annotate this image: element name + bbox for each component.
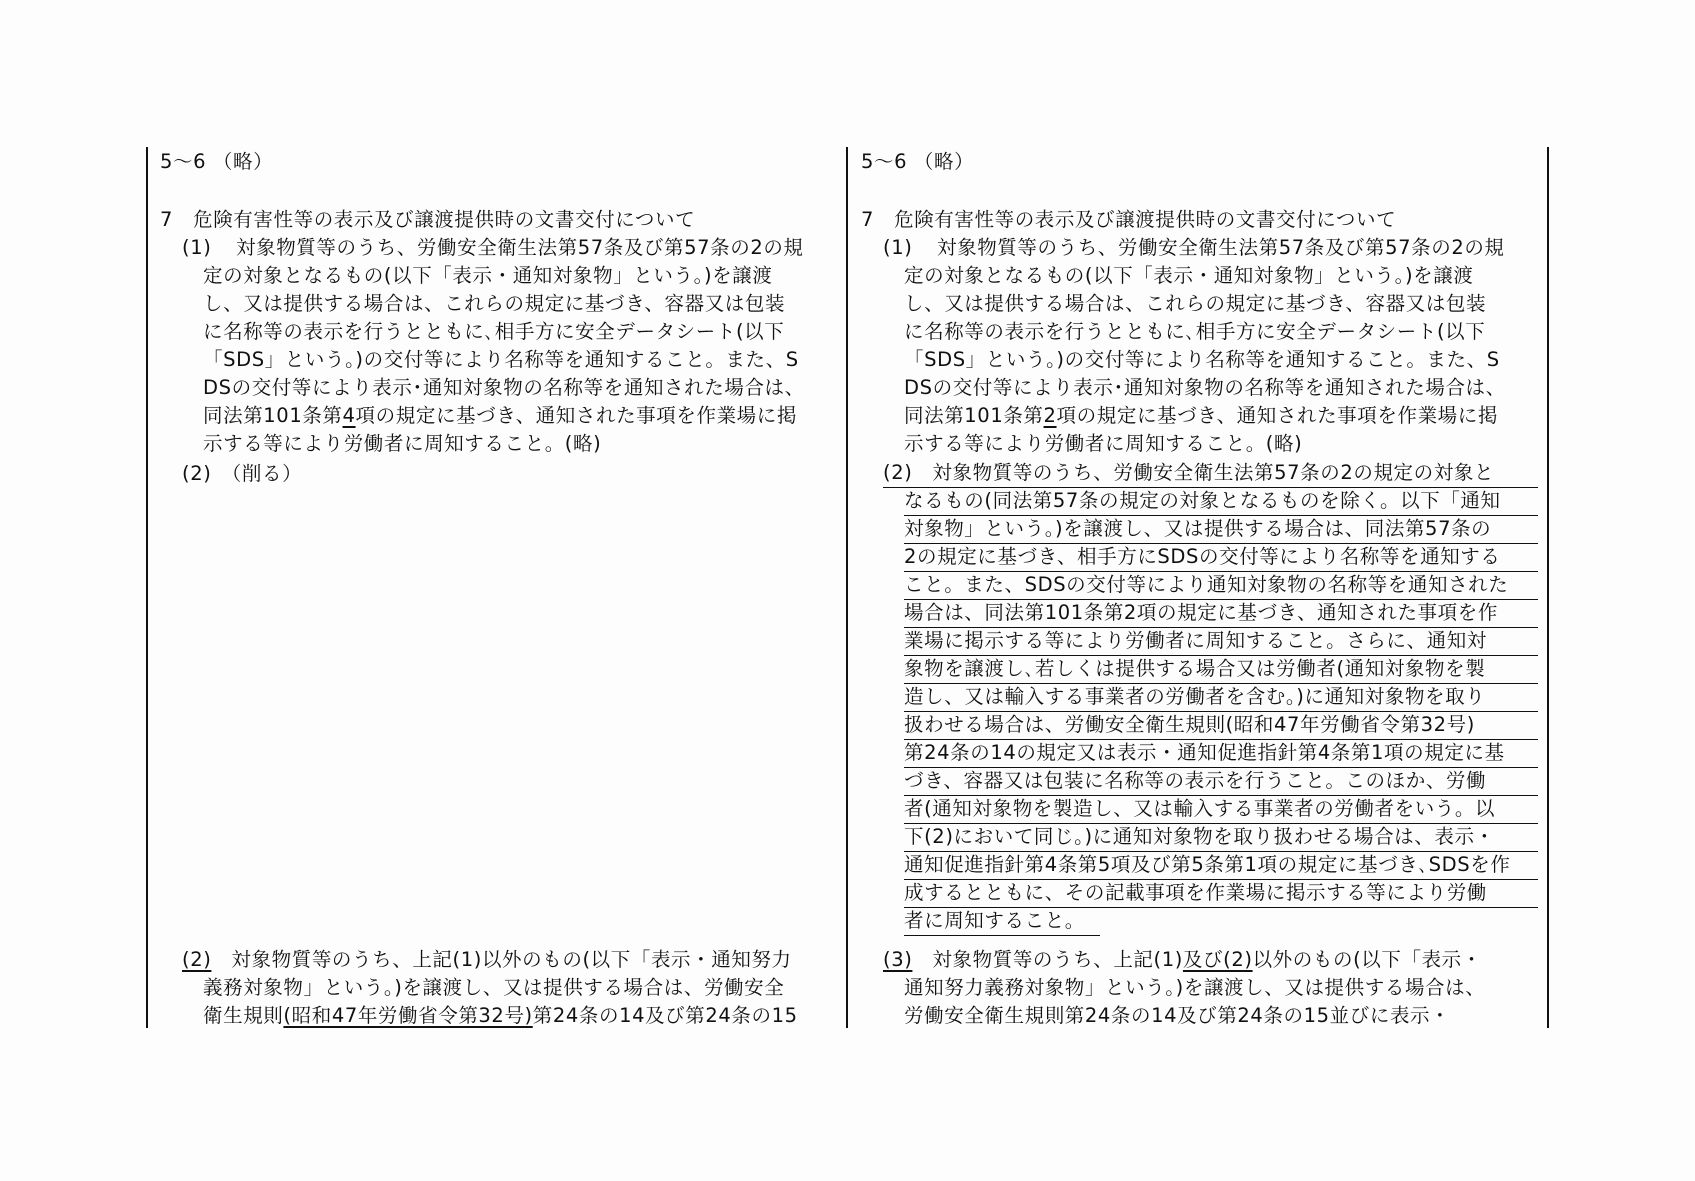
right-item1-line1: 対象物質等のうち、労働安全衛生法第57条及び第57条の2の規 xyxy=(937,234,1505,262)
text: 以外のもの(以下「表示・ xyxy=(1253,948,1482,971)
amended-text: 4 xyxy=(343,404,356,427)
text: 対象物質等のうち、労働安全衛生法第57条の2の規定の対象と xyxy=(932,461,1494,484)
text: 項の規定に基づき、通知された事項を作業場に掲 xyxy=(1057,404,1498,427)
text: 衛生規則 xyxy=(203,1004,283,1027)
left-item2-line2: 義務対象物」という。)を譲渡し、又は提供する場合は、労働安全 xyxy=(203,974,784,1002)
text: 対象物質等のうち、上記(1) xyxy=(932,948,1183,971)
right-item2-line: 象物を譲渡し､若しくは提供する場合又は労働者(通知対象物を製 xyxy=(904,655,1538,684)
left-item1-line1: 対象物質等のうち、労働安全衛生法第57条及び第57条の2の規 xyxy=(236,234,804,262)
left-item2-line3: 衛生規則(昭和47年労働省令第32号)第24条の14及び第24条の15 xyxy=(203,1002,798,1030)
right-item3-line2: 通知努力義務対象物」という。)を譲渡し、又は提供する場合は、 xyxy=(904,974,1485,1002)
item-label: (2) xyxy=(883,461,912,484)
right-item2-line: 扱わせる場合は、労働安全衛生規則(昭和47年労働省令第32号) xyxy=(904,711,1538,740)
right-item2-line: こと。また、SDSの交付等により通知対象物の名称等を通知された xyxy=(904,571,1538,600)
left-item1-line6: DSの交付等により表示･通知対象物の名称等を通知された場合は、 xyxy=(203,374,805,402)
left-item1-line2: 定の対象となるもの(以下「表示・通知対象物」という。)を譲渡 xyxy=(203,262,772,290)
left-item1-line5: 「SDS」という。)の交付等により名称等を通知すること。また、S xyxy=(203,346,799,374)
right-item2-line: 成するとともに、その記載事項を作業場に掲示する等により労働 xyxy=(904,879,1538,908)
amended-text: 2 xyxy=(1044,404,1057,427)
right-item1-line3: し、又は提供する場合は、これらの規定に基づき、容器又は包装 xyxy=(904,290,1486,318)
right-item2-line: 通知促進指針第4条第5項及び第5条第1項の規定に基づき､SDSを作 xyxy=(904,851,1538,880)
left-border xyxy=(146,147,148,1028)
left-item1-label: (1) xyxy=(182,234,211,262)
right-item1-line4: に名称等の表示を行うとともに､相手方に安全データシート(以下 xyxy=(904,318,1485,346)
left-item1-line3: し、又は提供する場合は、これらの規定に基づき、容器又は包装 xyxy=(203,290,785,318)
text: 項の規定に基づき、通知された事項を作業場に掲 xyxy=(356,404,797,427)
center-divider xyxy=(846,147,848,1028)
right-item1-line5: 「SDS」という。)の交付等により名称等を通知すること。また、S xyxy=(904,346,1500,374)
right-item2-line: 造し、又は輸入する事業者の労働者を含む。)に通知対象物を取り xyxy=(904,683,1538,712)
text: 第24条の14及び第24条の15 xyxy=(533,1004,798,1027)
left-item1-line8: 示する等により労働者に周知すること。(略) xyxy=(203,430,601,458)
right-item2-line: 者に周知すること。 xyxy=(904,907,1100,936)
text: 同法第101条第 xyxy=(203,404,343,427)
right-item2-line: 対象物」という。)を譲渡し、又は提供する場合は、同法第57条の xyxy=(904,515,1538,544)
right-item1-line7: 同法第101条第2項の規定に基づき、通知された事項を作業場に掲 xyxy=(904,402,1498,430)
item-label: (3) xyxy=(883,948,912,971)
right-item2-line: 者(通知対象物を製造し、又は輸入する事業者の労働者をいう。以 xyxy=(904,795,1538,824)
right-item2-line: 2の規定に基づき、相手方にSDSの交付等により名称等を通知する xyxy=(904,543,1538,572)
text: 同法第101条第 xyxy=(904,404,1044,427)
left-item2-line1: (2)対象物質等のうち、上記(1)以外のもの(以下「表示・通知努力 xyxy=(182,946,792,974)
right-item2-line: なるもの(同法第57条の規定の対象となるものを除く。以下「通知 xyxy=(904,487,1538,516)
left-heading-7: 7 危険有害性等の表示及び譲渡提供時の文書交付について xyxy=(160,206,695,234)
right-heading-5-6: 5〜6 （略） xyxy=(861,148,974,176)
left-item1-line7: 同法第101条第4項の規定に基づき、通知された事項を作業場に掲 xyxy=(203,402,797,430)
left-item1-line4: に名称等の表示を行うとともに､相手方に安全データシート(以下 xyxy=(203,318,784,346)
right-heading-7: 7 危険有害性等の表示及び譲渡提供時の文書交付について xyxy=(861,206,1396,234)
right-item2-line: 下(2)において同じ。)に通知対象物を取り扱わせる場合は、表示・ xyxy=(904,823,1538,852)
right-item3-line1: (3)対象物質等のうち、上記(1)及び(2)以外のもの(以下「表示・ xyxy=(883,946,1482,974)
amended-text: (昭和47年労働省令第32号) xyxy=(283,1004,532,1027)
right-item2-line: 業場に掲示する等により労働者に周知すること。さらに、通知対 xyxy=(904,627,1538,656)
amended-text: 及び(2) xyxy=(1183,948,1253,971)
right-item3-line3: 労働安全衛生規則第24条の14及び第24条の15並びに表示・ xyxy=(904,1002,1450,1030)
right-item1-line8: 示する等により労働者に周知すること。(略) xyxy=(904,430,1302,458)
left-item2-deleted: (2) （削る） xyxy=(182,460,302,488)
right-item1-label: (1) xyxy=(883,234,912,262)
right-item2-line: 第24条の14の規定又は表示・通知促進指針第4条第1項の規定に基 xyxy=(904,739,1538,768)
right-item1-line2: 定の対象となるもの(以下「表示・通知対象物」という。)を譲渡 xyxy=(904,262,1473,290)
left-heading-5-6: 5〜6 （略） xyxy=(160,148,273,176)
right-item2-line1: (2)対象物質等のうち、労働安全衛生法第57条の2の規定の対象と xyxy=(883,459,1538,488)
right-item1-line6: DSの交付等により表示･通知対象物の名称等を通知された場合は、 xyxy=(904,374,1506,402)
right-border xyxy=(1547,147,1549,1028)
right-item2-line: 場合は、同法第101条第2項の規定に基づき、通知された事項を作 xyxy=(904,599,1538,628)
item-label: (2) xyxy=(182,948,211,971)
right-item2-line: づき、容器又は包装に名称等の表示を行うこと。このほか、労働 xyxy=(904,767,1538,796)
text: 対象物質等のうち、上記(1)以外のもの(以下「表示・通知努力 xyxy=(231,948,791,971)
